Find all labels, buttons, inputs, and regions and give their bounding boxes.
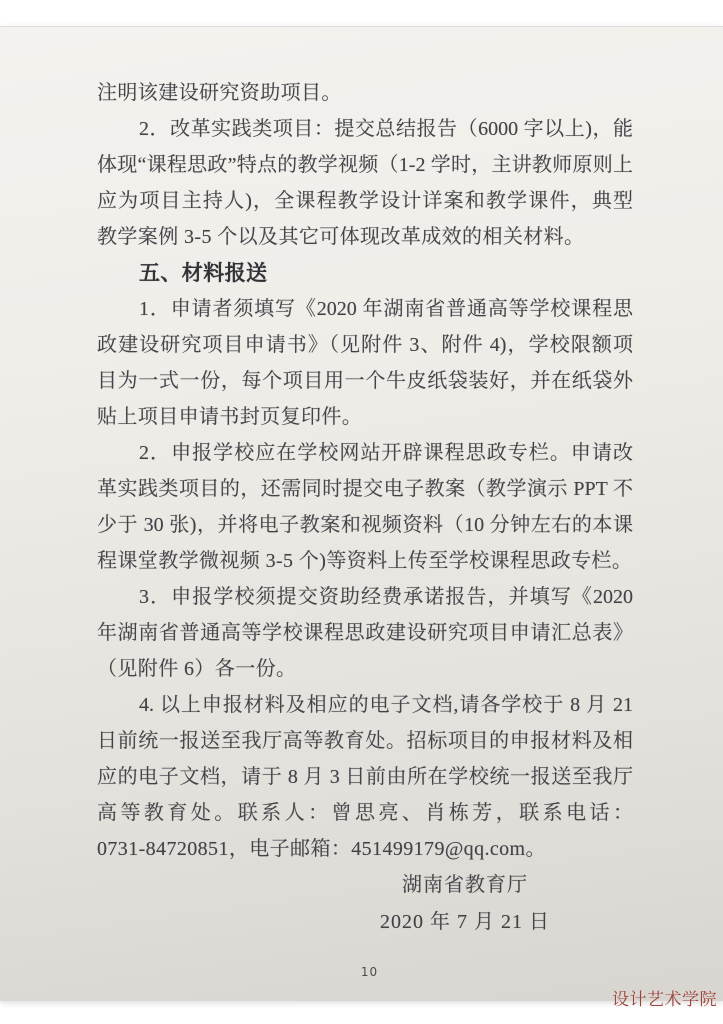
document-line: 日前统一报送至我厅高等教育处。招标项目的申报材料及相: [97, 723, 633, 759]
document-line: 少于 30 张)，并将电子教案和视频资料（10 分钟左右的本课: [97, 507, 633, 543]
document-line: 应为项目主持人)，全课程教学设计详案和教学课件，典型: [97, 183, 633, 219]
document-line: 1．申请者须填写《2020 年湖南省普通高等学校课程思: [97, 291, 633, 327]
watermark: 设计艺术学院: [612, 985, 717, 1010]
document-line: 3．申报学校须提交资助经费承诺报告，并填写《2020: [97, 579, 633, 615]
document-line: 贴上项目申请书封页复印件。: [97, 399, 633, 435]
section-heading: 五、材料报送: [97, 255, 633, 291]
signature-block: 湖南省教育厅 2020 年 7 月 21 日: [97, 867, 633, 941]
document-page: 注明该建设研究资助项目。2．改革实践类项目：提交总结报告（6000 字以上)，能…: [0, 26, 723, 1001]
document-body: 注明该建设研究资助项目。2．改革实践类项目：提交总结报告（6000 字以上)，能…: [97, 75, 633, 867]
page-number: 10: [0, 965, 723, 979]
document-line: 政建设研究项目申请书》（见附件 3、附件 4)，学校限额项: [97, 327, 633, 363]
document-line: 目为一式一份，每个项目用一个牛皮纸袋装好，并在纸袋外: [97, 363, 633, 399]
document-line: 应的电子文档，请于 8 月 3 日前由所在学校统一报送至我厅: [97, 759, 633, 795]
document-line: 程课堂教学微视频 3-5 个)等资料上传至学校课程思政专栏。: [97, 543, 633, 579]
document-line: 教学案例 3-5 个以及其它可体现改革成效的相关材料。: [97, 219, 633, 255]
document-line: 0731-84720851，电子邮箱：451499179@qq.com。: [97, 831, 633, 867]
document-line: 体现“课程思政”特点的教学视频（1-2 学时，主讲教师原则上: [97, 147, 633, 183]
document-line: 高等教育处。联系人：曾思亮、肖栋芳，联系电话：: [97, 795, 633, 831]
document-line: 注明该建设研究资助项目。: [97, 75, 633, 111]
issuing-authority: 湖南省教育厅: [297, 867, 633, 904]
document-line: 年湖南省普通高等学校课程思政建设研究项目申请汇总表》: [97, 615, 633, 651]
issue-date: 2020 年 7 月 21 日: [297, 904, 633, 941]
document-line: 革实践类项目的，还需同时提交电子教案（教学演示 PPT 不: [97, 471, 633, 507]
document-line: 4. 以上申报材料及相应的电子文档,请各学校于 8 月 21: [97, 687, 633, 723]
document-line: 2．申报学校应在学校网站开辟课程思政专栏。申请改: [97, 435, 633, 471]
document-line: 2．改革实践类项目：提交总结报告（6000 字以上)，能: [97, 111, 633, 147]
document-line: （见附件 6）各一份。: [97, 651, 633, 687]
